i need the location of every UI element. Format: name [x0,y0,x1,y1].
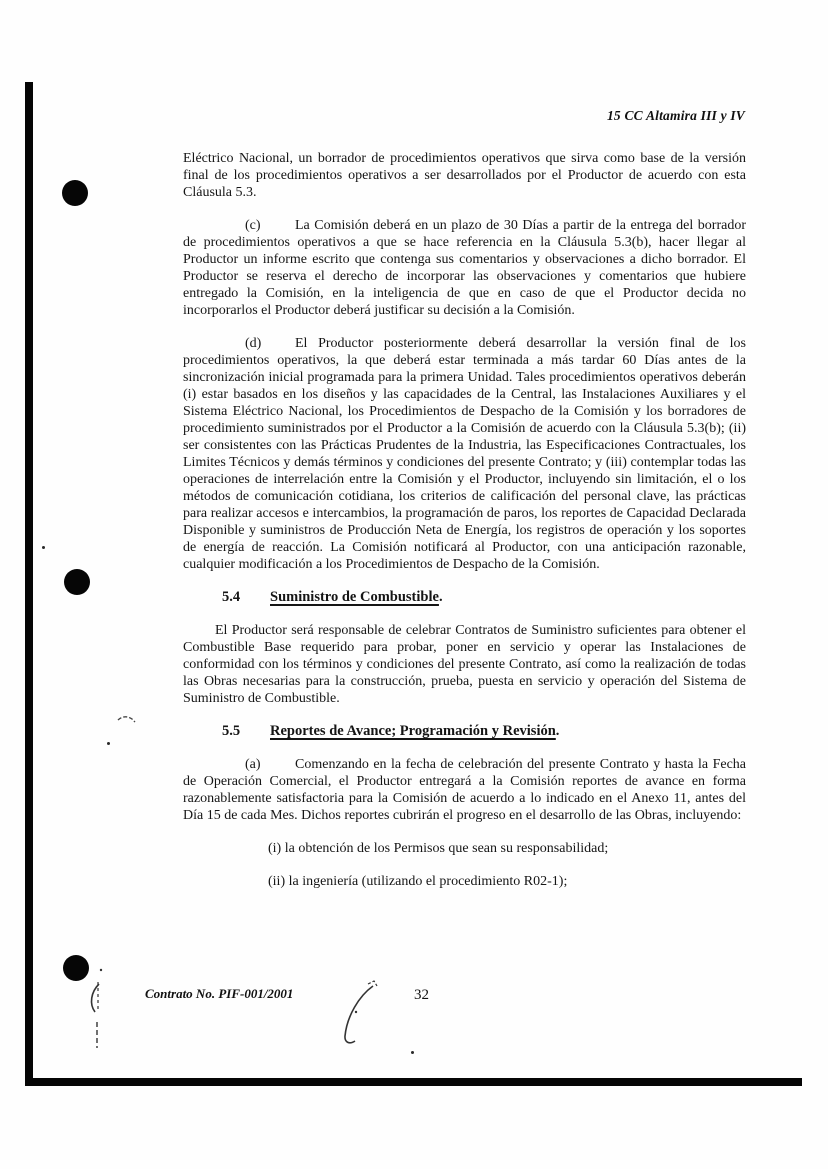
scan-speck [411,1051,414,1054]
list-item-ii: (ii) la ingeniería (utilizando el proced… [183,873,746,890]
scan-speck [107,742,110,745]
paragraph-c-label: (c) [245,217,295,234]
hole-punch-mark [62,180,88,206]
section-heading-5-5: 5.5Reportes de Avance; Programación y Re… [183,723,746,740]
scan-speck [42,546,45,549]
section-title-period: . [439,589,443,605]
pen-mark-left [82,960,122,1055]
section-title: Reportes de Avance; Programación y Revis… [270,723,556,739]
footer-page-number: 32 [414,987,429,1004]
section-title: Suministro de Combustible [270,589,439,605]
section-number: 5.4 [222,589,270,606]
paragraph-a-label: (a) [245,756,295,773]
pen-mark-center [335,980,385,1055]
section-number: 5.5 [222,723,270,740]
scanned-contract-page: 15 CC Altamira III y IV Eléctrico Nacion… [0,0,828,1169]
paragraph-intro: Eléctrico Nacional, un borrador de proce… [183,150,746,201]
hole-punch-mark [64,569,90,595]
pen-mark-margin [116,712,138,726]
paragraph-d: (d)El Productor posteriormente deberá de… [183,335,746,573]
footer-contract-number: Contrato No. PIF-001/2001 [145,986,293,1002]
scan-edge-bar-bottom [25,1078,802,1086]
section-heading-5-4: 5.4Suministro de Combustible. [183,589,746,606]
running-header: 15 CC Altamira III y IV [607,108,745,124]
paragraph-5-4: El Productor será responsable de celebra… [183,622,746,707]
paragraph-d-label: (d) [245,335,295,352]
paragraph-d-text: El Productor posteriormente deberá desar… [183,336,746,572]
paragraph-a: (a)Comenzando en la fecha de celebración… [183,756,746,824]
list-item-i: (i) la obtención de los Permisos que sea… [183,840,746,857]
section-title-period: . [556,723,560,739]
document-body: Eléctrico Nacional, un borrador de proce… [183,150,746,906]
scan-edge-bar-left [25,82,33,1086]
paragraph-c: (c)La Comisión deberá en un plazo de 30 … [183,217,746,319]
